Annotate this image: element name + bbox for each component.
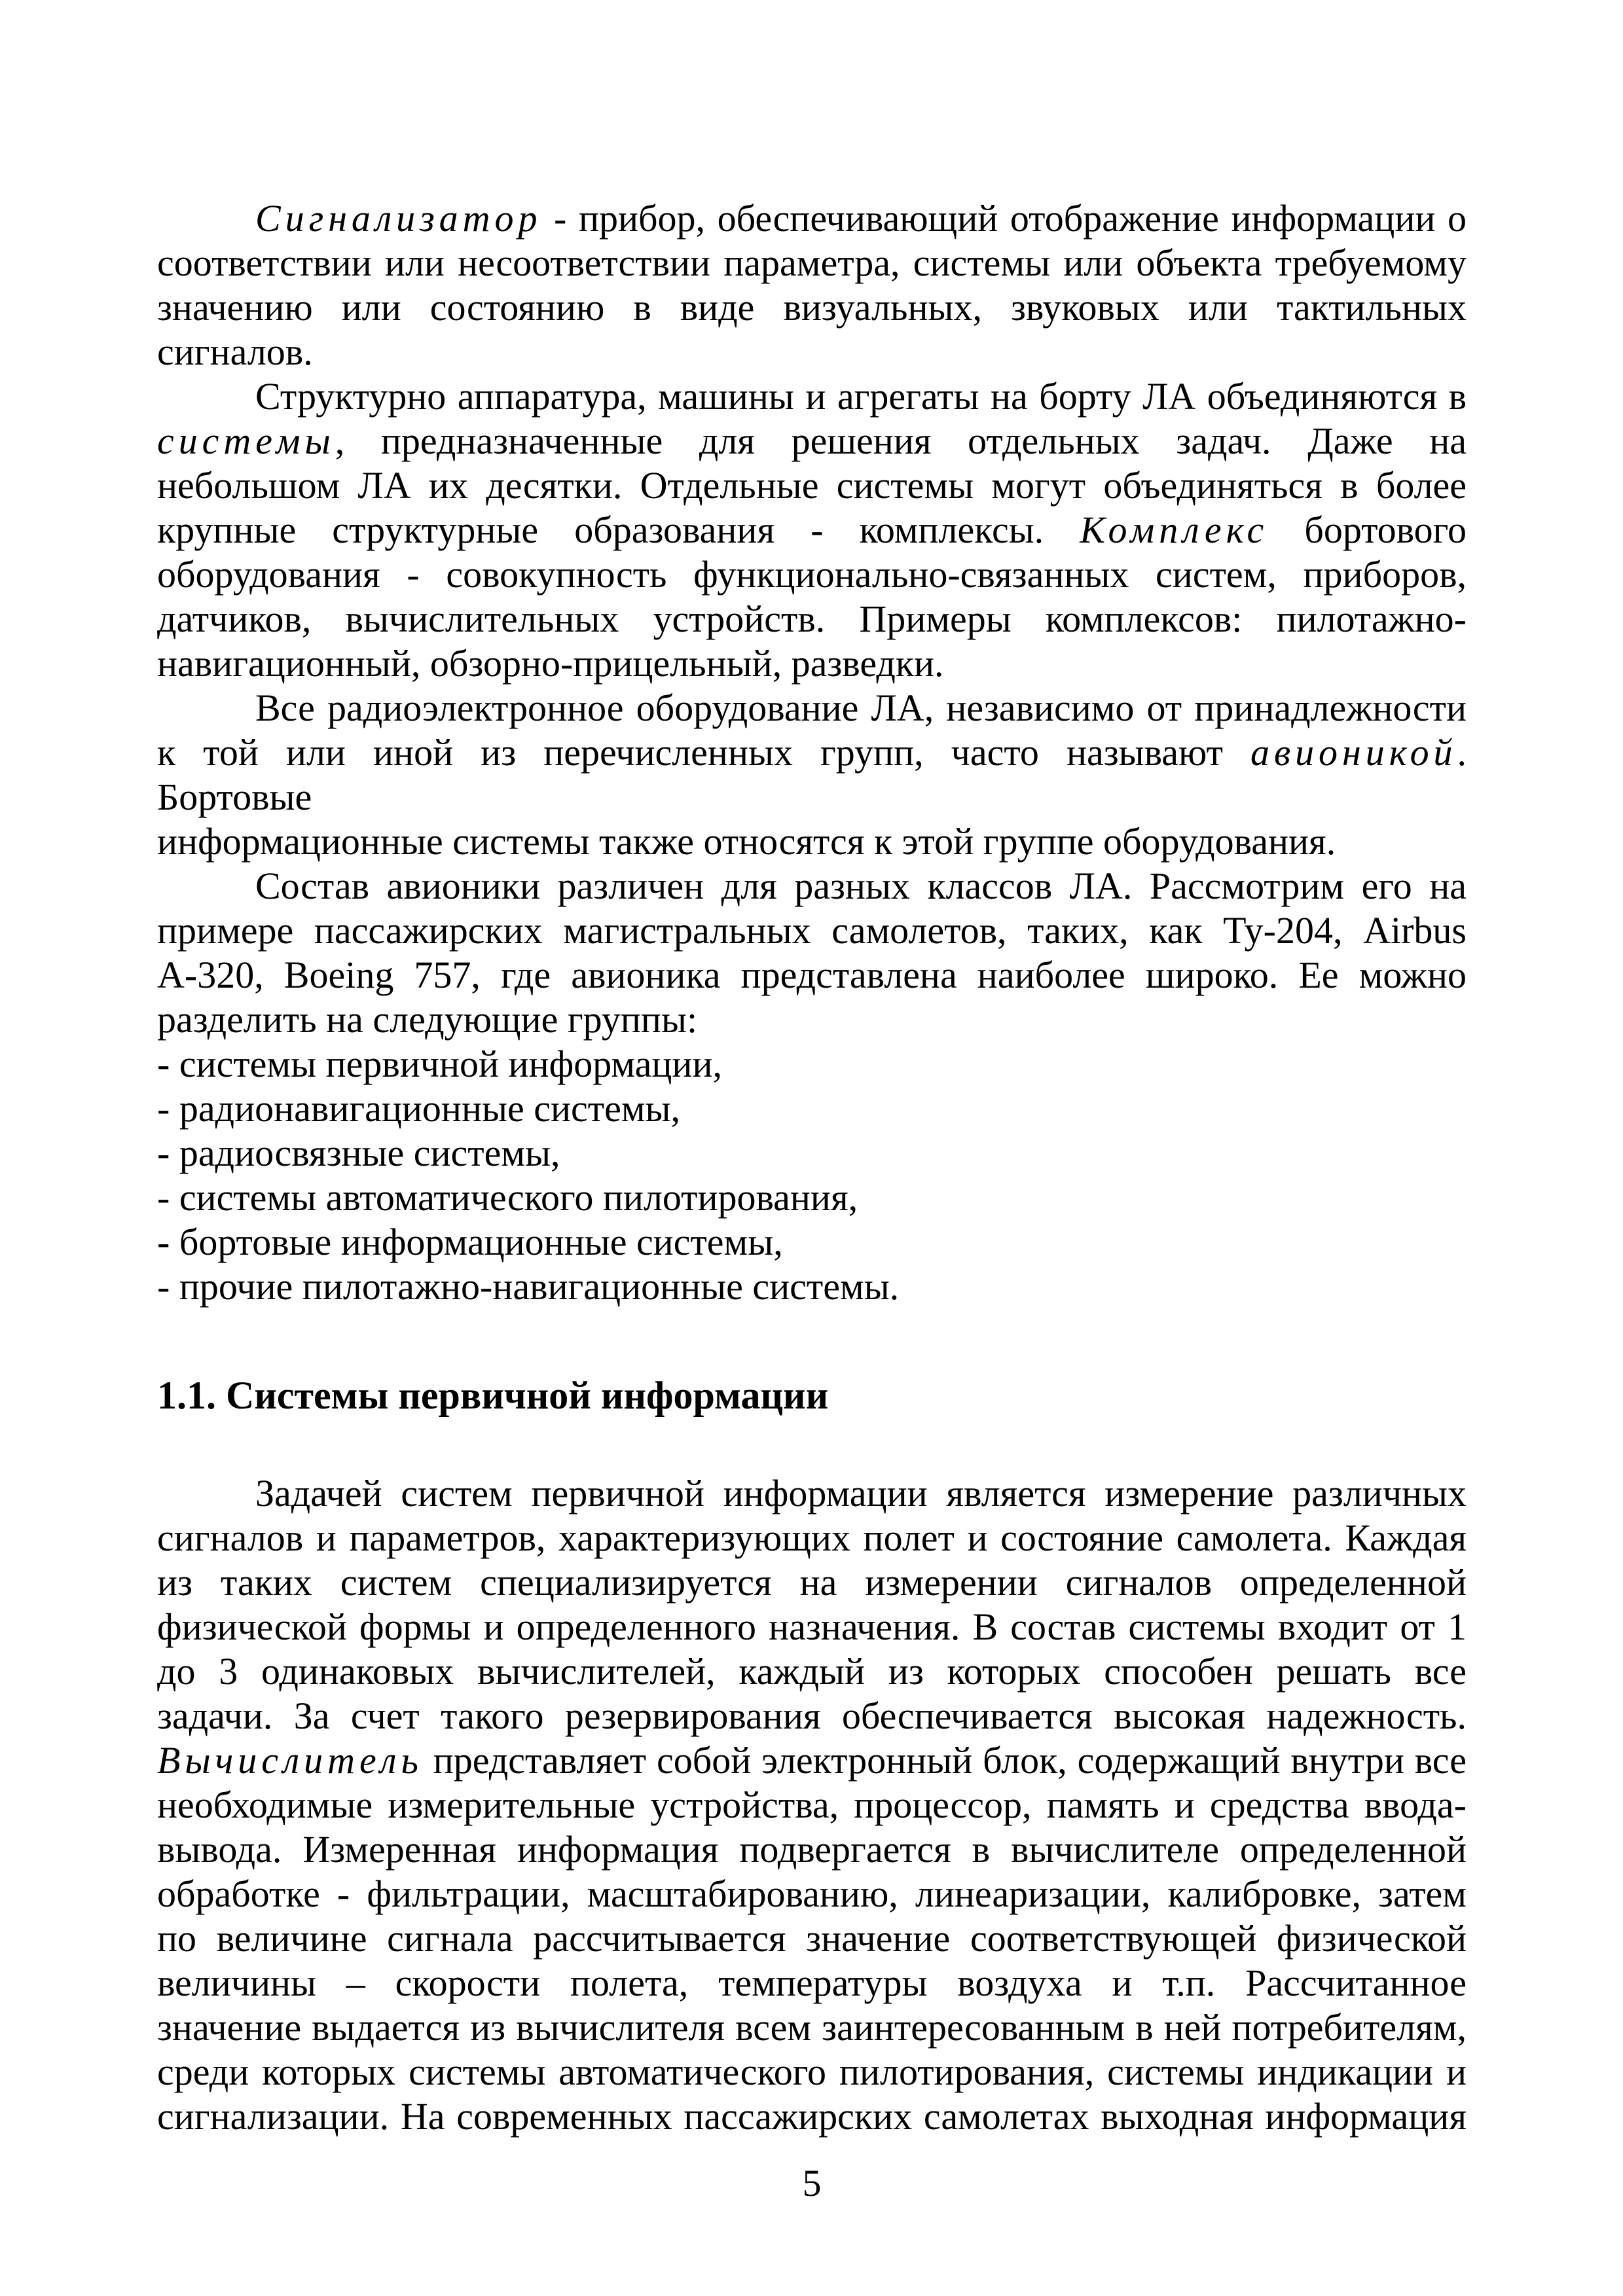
text-line: оборудования - совокупность функциональн… [157,552,1467,597]
list-item: - системы первичной информации, [157,1042,1467,1086]
paragraph: Сигнализатор - прибор, обеспечивающий от… [157,196,1467,374]
list-item: - радиосвязные системы, [157,1131,1467,1175]
text-run: примере пассажирских магистральных самол… [157,909,1467,952]
text-line: значение выдается из вычислителя всем за… [157,2005,1467,2050]
text-line: сигналов. [157,330,1467,374]
text-line: Состав авионики различен для разных клас… [157,864,1467,908]
text-run: задачи. За счет такого резервирования об… [157,1695,1467,1737]
text-line: до 3 одинаковых вычислителей, каждый из … [157,1649,1467,1694]
text-line: соответствии или несоответствии параметр… [157,241,1467,285]
text-run: значению или состоянию в виде визуальных… [157,286,1467,329]
text-line: Задачей систем первичной информации явля… [157,1471,1467,1516]
text-run: сигнализации. На современных пассажирски… [157,2095,1467,2138]
emphasis-text: системы [157,420,335,462]
text-run: вывода. Измеренная информация подвергает… [157,1828,1467,1871]
text-run: соответствии или несоответствии параметр… [157,242,1467,284]
text-line: небольшом ЛА их десятки. Отдельные систе… [157,463,1467,508]
text-line: значению или состоянию в виде визуальных… [157,285,1467,330]
text-line: А-320, Boeing 757, где авионика представ… [157,953,1467,997]
text-run: по величине сигнала рассчитывается значе… [157,1917,1467,1960]
text-run: сигналов и параметров, характеризующих п… [157,1516,1467,1559]
text-line: Все радиоэлектронное оборудование ЛА, не… [157,686,1467,730]
paragraph: Структурно аппаратура, машины и агрегаты… [157,374,1467,686]
emphasis-text: Комплекс [1080,509,1268,551]
text-run: Задачей систем первичной информации явля… [255,1472,1467,1515]
text-line: задачи. За счет такого резервирования об… [157,1694,1467,1738]
list-item: - прочие пилотажно-навигационные системы… [157,1265,1467,1309]
text-line: сигналов и параметров, характеризующих п… [157,1516,1467,1560]
text-run: из таких систем специализируется на изме… [157,1561,1467,1604]
text-run: А-320, Boeing 757, где авионика представ… [157,954,1467,996]
text-run: , предназначенные для решения отдельных … [335,420,1467,462]
text-run: небольшом ЛА их десятки. Отдельные систе… [157,464,1467,507]
text-run: физической формы и определенного назначе… [157,1605,1467,1648]
text-line: Вычислитель представляет собой электронн… [157,1738,1467,1783]
text-run: Состав авионики различен для разных клас… [255,865,1467,907]
text-line: по величине сигнала рассчитывается значе… [157,1916,1467,1961]
text-line: Структурно аппаратура, машины и агрегаты… [157,374,1467,419]
text-run: обработке - фильтрации, масштабированию,… [157,1873,1467,1915]
emphasis-text: Сигнализатор [255,197,541,240]
text-run: бортового [1268,509,1467,551]
text-content: Сигнализатор - прибор, обеспечивающий от… [157,196,1467,2139]
text-line: сигнализации. На современных пассажирски… [157,2094,1467,2139]
text-line: физической формы и определенного назначе… [157,1605,1467,1649]
text-run: сигналов. [157,331,313,373]
text-run: необходимые измерительные устройства, пр… [157,1784,1467,1826]
list-item: - системы автоматического пилотирования, [157,1175,1467,1220]
text-run: значение выдается из вычислителя всем за… [157,2006,1467,2049]
text-line: обработке - фильтрации, масштабированию,… [157,1872,1467,1916]
section-heading: 1.1. Системы первичной информации [157,1373,1467,1418]
text-run: Все радиоэлектронное оборудование ЛА, не… [255,687,1467,729]
emphasis-text: авионикой [1250,731,1457,774]
text-line: информационные системы также относятся к… [157,819,1467,864]
list-item: - радионавигационные системы, [157,1086,1467,1131]
emphasis-text: Вычислитель [157,1739,423,1782]
paragraph: Состав авионики различен для разных клас… [157,864,1467,1042]
text-run: до 3 одинаковых вычислителей, каждый из … [157,1650,1467,1693]
text-line: величины – скорости полета, температуры … [157,1961,1467,2005]
text-run: оборудования - совокупность функциональн… [157,553,1467,596]
text-line: Сигнализатор - прибор, обеспечивающий от… [157,196,1467,241]
paragraph: Все радиоэлектронное оборудование ЛА, не… [157,686,1467,864]
paragraph: Задачей систем первичной информации явля… [157,1471,1467,2139]
text-run: крупные структурные образования - компле… [157,509,1080,551]
document-page: Сигнализатор - прибор, обеспечивающий от… [0,0,1623,2296]
text-run: Структурно аппаратура, машины и агрегаты… [255,375,1467,418]
list-item: - бортовые информационные системы, [157,1220,1467,1265]
text-line: системы, предназначенные для решения отд… [157,419,1467,463]
text-run: к той или иной из перечисленных групп, ч… [157,731,1250,774]
text-line: необходимые измерительные устройства, пр… [157,1783,1467,1827]
text-line: вывода. Измеренная информация подвергает… [157,1827,1467,1872]
page-number: 5 [157,2161,1467,2206]
text-line: среди которых системы автоматического пи… [157,2050,1467,2094]
text-line: к той или иной из перечисленных групп, ч… [157,730,1467,819]
text-run: навигационный, обзорно-прицельный, разве… [157,642,944,685]
text-run: среди которых системы автоматического пи… [157,2051,1467,2093]
text-line: разделить на следующие группы: [157,997,1467,1042]
text-line: из таких систем специализируется на изме… [157,1560,1467,1605]
text-line: примере пассажирских магистральных самол… [157,908,1467,953]
text-run: информационные системы также относятся к… [157,820,1336,863]
text-run: - прибор, обеспечивающий отображение инф… [541,197,1467,240]
text-line: крупные структурные образования - компле… [157,508,1467,552]
text-line: датчиков, вычислительных устройств. Прим… [157,597,1467,641]
text-run: представляет собой электронный блок, сод… [423,1739,1467,1782]
text-run: величины – скорости полета, температуры … [157,1962,1467,2004]
text-run: разделить на следующие группы: [157,998,697,1041]
text-run: датчиков, вычислительных устройств. Прим… [157,598,1467,640]
text-line: навигационный, обзорно-прицельный, разве… [157,641,1467,686]
